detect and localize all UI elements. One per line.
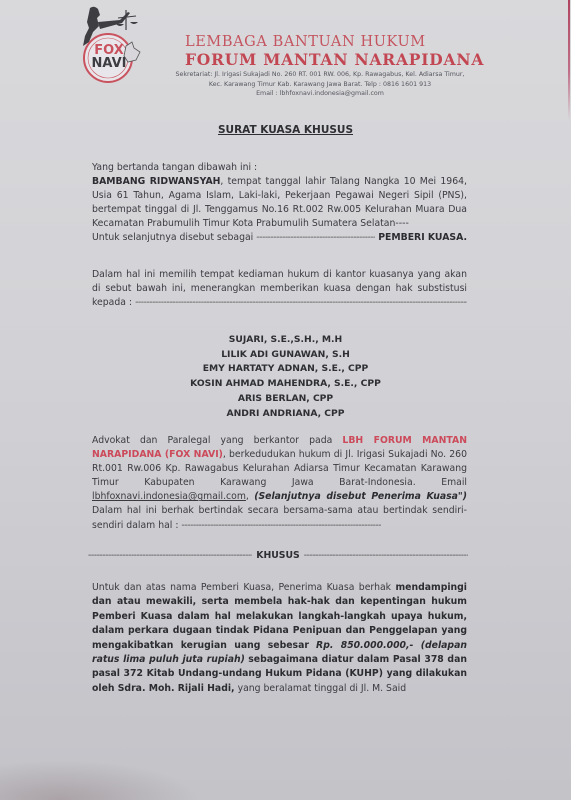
grantor-name: BAMBANG RIDWANSYAH — [92, 176, 220, 187]
logo-text-navi: NAVI — [88, 57, 130, 70]
attorney-name: ARIS BERLAN, CPP — [0, 392, 571, 407]
address-line-2: Kec. Karawang Timur Kab. Karawang Jawa B… — [150, 80, 490, 90]
document-page: FOX NAVI LEMBAGA BANTUAN HUKUM FORUM MAN… — [0, 0, 571, 800]
document-title: SURAT KUASA KHUSUS — [0, 124, 571, 136]
org-line-1: LEMBAGA BANTUAN HUKUM — [185, 34, 445, 50]
dash-leader: ----------------------------------------… — [181, 519, 381, 533]
attorney-name: ANDRI ANDRIANA, CPP — [0, 407, 571, 422]
letterhead-address: Sekretariat: Jl. Irigasi Sukajadi No. 26… — [150, 70, 490, 99]
attorney-list: SUJARI, S.E.,S.H., M.H LILIK ADI GUNAWAN… — [0, 333, 571, 421]
recipient-note: (Selanjutnya disebut Penerima Kuasa") — [254, 491, 467, 502]
address-line-3: Email : lbhfoxnavi.indonesia@gmail.com — [150, 89, 490, 99]
attorney-name: SUJARI, S.E.,S.H., M.H — [0, 333, 571, 348]
attorney-name: KOSIN AHMAD MAHENDRA, S.E., CPP — [0, 377, 571, 392]
designation-label: PEMBERI KUASA. — [378, 231, 467, 245]
domicile-tail-line: kepada : -------------------------------… — [92, 296, 467, 310]
dash-leader: ----------------------------------------… — [304, 550, 468, 561]
domicile-paragraph: Dalam hal ini memilih tempat kediaman hu… — [92, 268, 467, 296]
address-line-1: Sekretariat: Jl. Irigasi Sukajadi No. 26… — [150, 70, 490, 80]
org-line-2: FORUM MANTAN NARAPIDANA — [185, 50, 505, 69]
dash-leader: ----------------------------------------… — [88, 550, 252, 561]
special-powers-paragraph: Untuk dan atas nama Pemberi Kuasa, Pener… — [92, 581, 467, 696]
page-edge-strip — [568, 0, 570, 120]
grantor-designation-line: Untuk selanjutnya disebut sebagai ------… — [92, 231, 467, 245]
designation-prefix: Untuk selanjutnya disebut sebagai — [92, 231, 253, 245]
attorney-name: EMY HARTATY ADNAN, S.E., CPP — [0, 362, 571, 377]
section-heading-label: KHUSUS — [256, 550, 299, 561]
office-prefix: Advokat dan Paralegal yang berkantor pad… — [92, 435, 332, 446]
photo-shadow — [0, 760, 200, 800]
special-tail: yang beralamat tinggal di Jl. M. Said — [238, 683, 407, 694]
office-paragraph: Advokat dan Paralegal yang berkantor pad… — [92, 434, 467, 533]
domicile-tail: kepada : — [92, 296, 132, 310]
office-email-link[interactable]: lbhfoxnavi.indonesia@gmail.com — [92, 491, 246, 502]
fox-navi-logo: FOX NAVI — [76, 4, 142, 86]
dash-leader: ----------------------------------------… — [256, 231, 375, 245]
grantor-intro: Yang bertanda tangan dibawah ini : — [92, 161, 467, 175]
section-heading-khusus: ----------------------------------------… — [88, 550, 468, 561]
grantor-paragraph: BAMBANG RIDWANSYAH, tempat tanggal lahir… — [92, 175, 467, 231]
special-intro: Untuk dan atas nama Pemberi Kuasa, Pener… — [92, 582, 391, 593]
attorney-name: LILIK ADI GUNAWAN, S.H — [0, 348, 571, 363]
dash-leader: ----------------------------------------… — [135, 296, 467, 310]
